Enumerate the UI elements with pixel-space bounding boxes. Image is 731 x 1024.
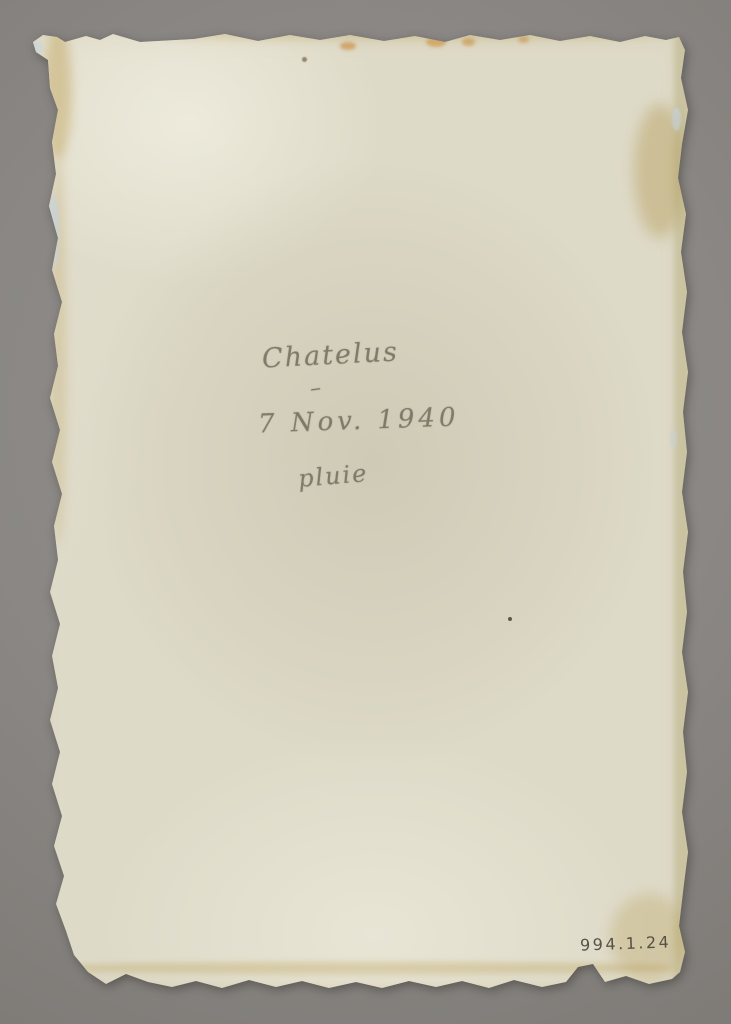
blue-fleck-left-edge xyxy=(48,194,59,268)
stain-bottom-edge-band xyxy=(60,962,674,974)
stain-top-edge-band xyxy=(164,30,664,40)
stain-top-left-band xyxy=(44,26,72,158)
photo-backdrop: Chatelus – 7 Nov. 1940 pluie 994.1.24 xyxy=(0,0,731,1024)
stain-spot xyxy=(462,38,475,46)
stain-bottom-left-dark xyxy=(52,932,62,980)
stain-spot xyxy=(518,36,529,43)
accession-number: 994.1.24 xyxy=(580,932,672,954)
paper-shadow-wrap: Chatelus – 7 Nov. 1940 pluie 994.1.24 xyxy=(28,26,692,993)
stain-spot xyxy=(426,37,446,47)
stain-right-edge-band xyxy=(674,26,688,993)
stain-dark-speck xyxy=(302,57,307,62)
blue-fleck-top-corner xyxy=(32,41,43,55)
edge-staining xyxy=(28,26,692,993)
blue-fleck-right-edge xyxy=(672,107,681,131)
paper-sheet: Chatelus – 7 Nov. 1940 pluie 994.1.24 xyxy=(28,26,692,993)
stain-spot xyxy=(340,42,356,50)
paper-speck xyxy=(508,617,512,621)
blue-fleck-bottom-left xyxy=(47,918,58,966)
blue-fleck-right-edge xyxy=(670,430,677,448)
